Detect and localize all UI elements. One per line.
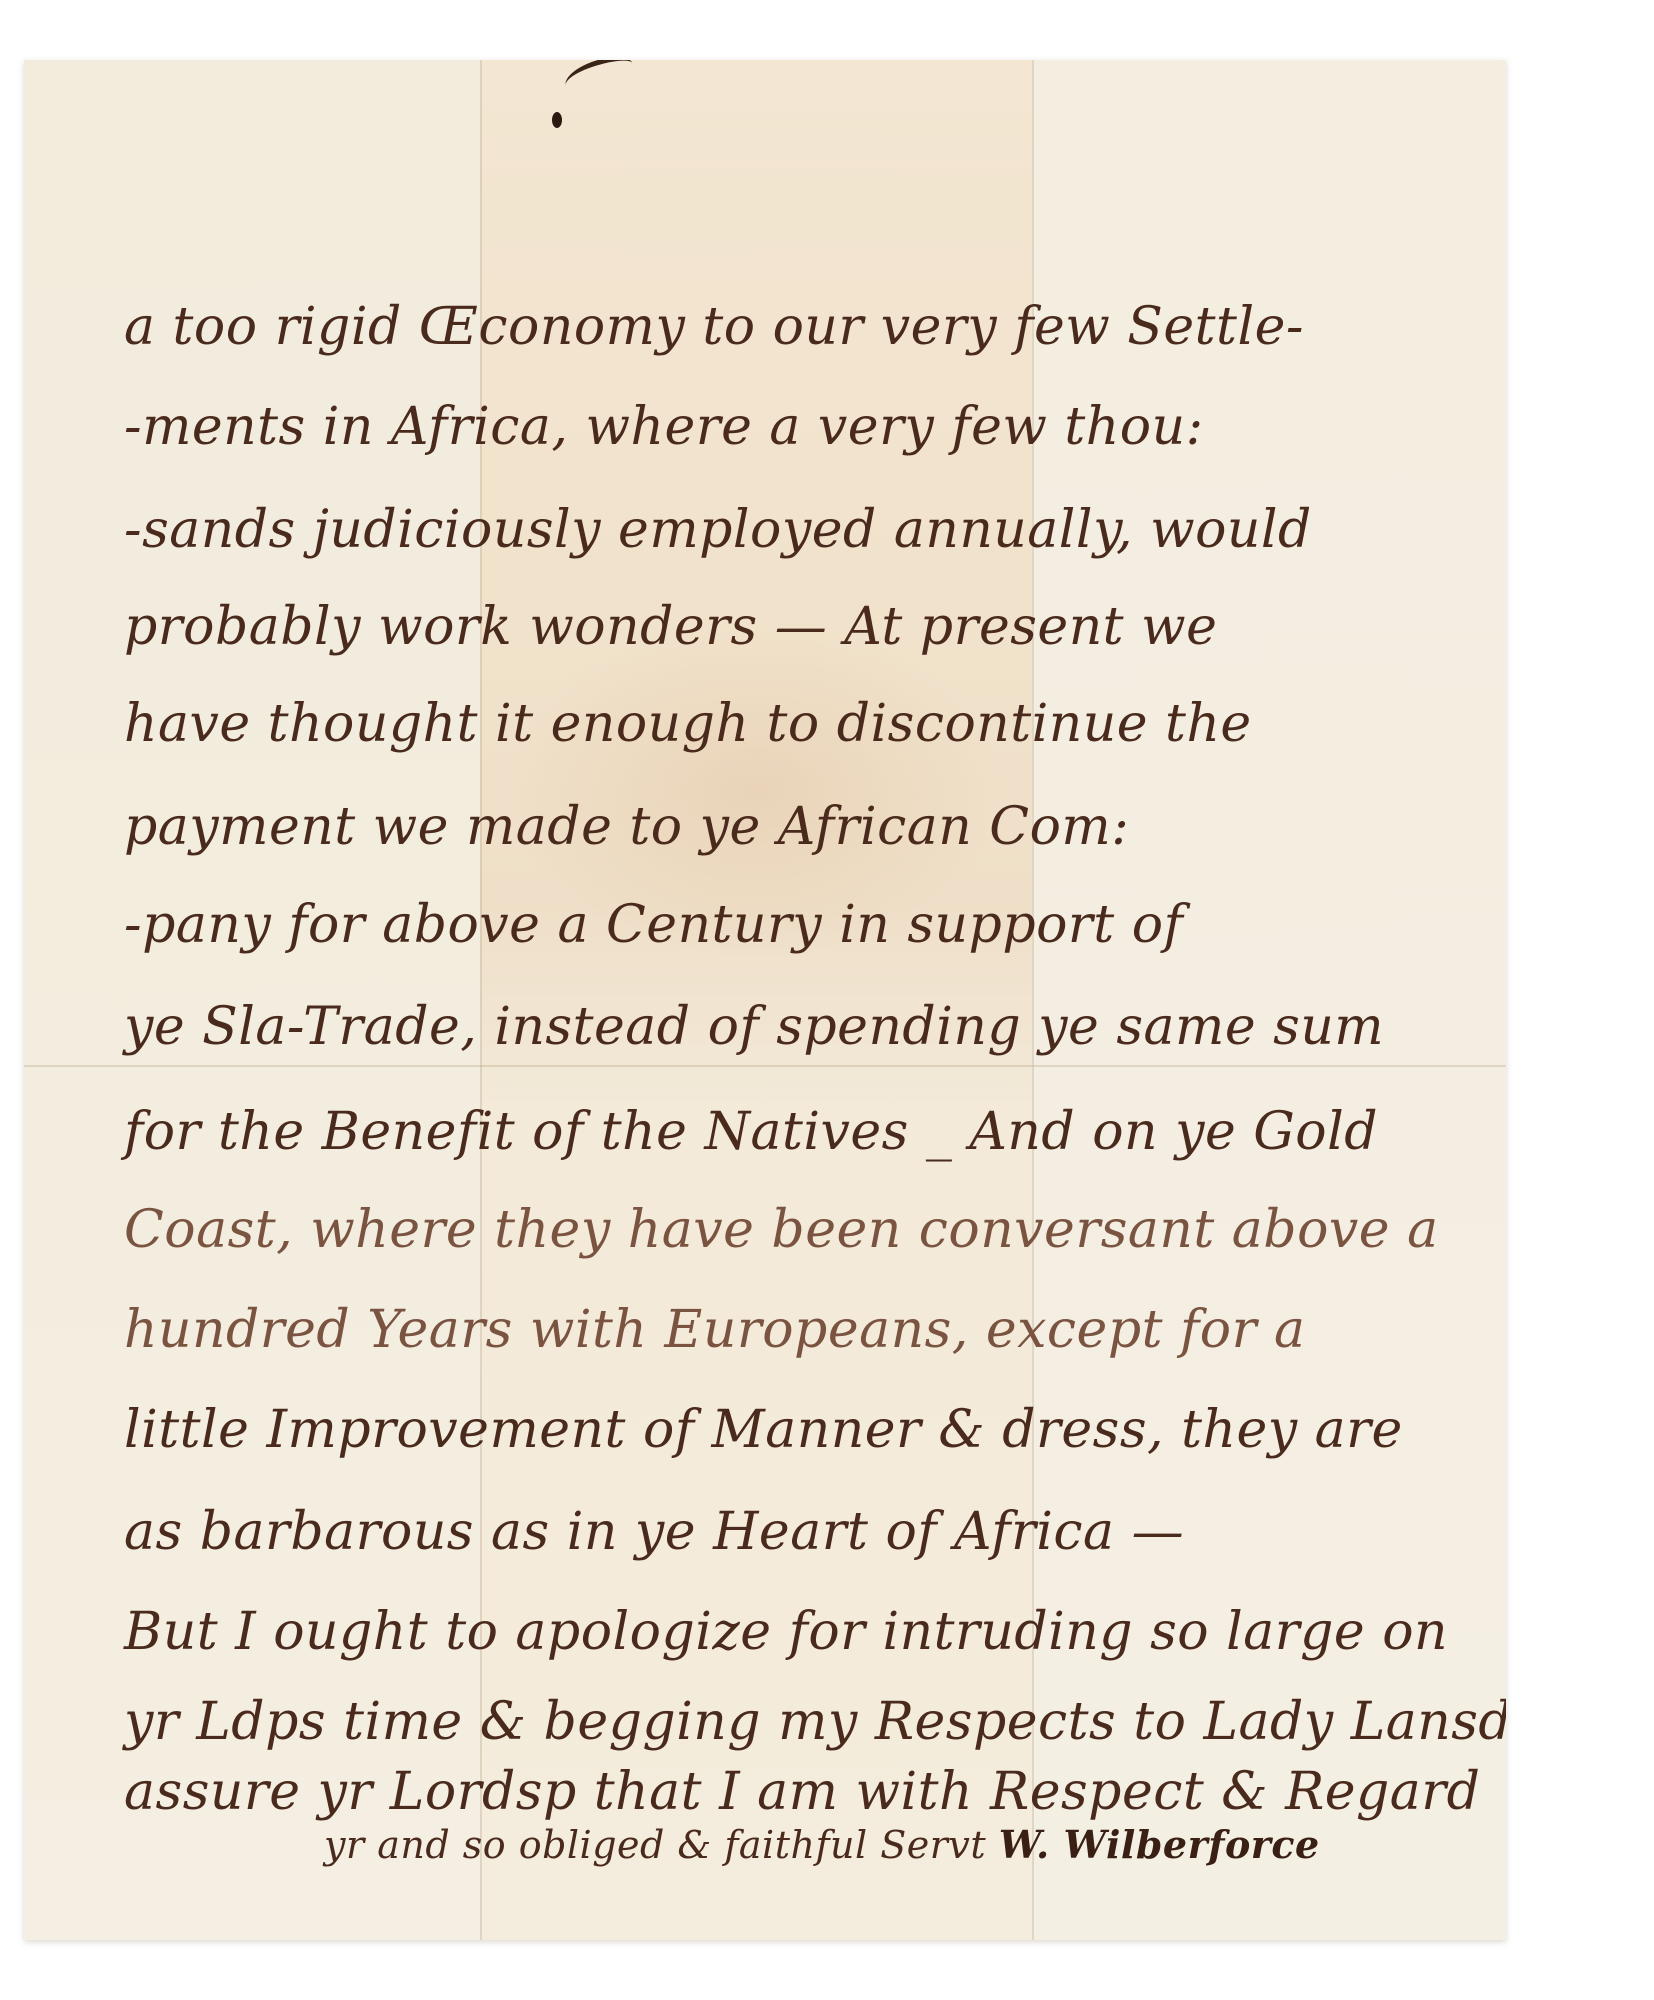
letter-line: have thought it enough to discontinue th… [124,692,1484,756]
letter-line: payment we made to ye African Com: [124,795,1484,859]
letter-line: But I ought to apologize for intruding s… [124,1600,1484,1664]
letter-line: Coast, where they have been conversant a… [124,1198,1484,1262]
ink-dot-mark [552,112,562,128]
letter-line: a too rigid Œconomy to our very few Sett… [124,295,1484,359]
closing-text: yr and so obliged & faithful Servt [324,1823,986,1867]
letter-line: for the Benefit of the Natives _ And on … [124,1100,1484,1164]
letter-line: hundred Years with Europeans, except for… [124,1298,1484,1362]
closing-line: yr and so obliged & faithful Servt W. Wi… [324,1822,1484,1868]
letter-line: as barbarous as in ye Heart of Africa — [124,1500,1484,1564]
letter-line: ye Sla-Trade, instead of spending ye sam… [124,995,1484,1059]
letter-line: yr Ldps time & begging my Respects to La… [124,1690,1484,1754]
letter-line: probably work wonders — At present we [124,595,1484,659]
signature: W. Wilberforce [999,1822,1320,1867]
letter-line: little Improvement of Manner & dress, th… [124,1398,1484,1462]
letter-line: -ments in Africa, where a very few thou: [124,395,1484,459]
horizontal-fold-line [24,1065,1506,1067]
letter-line: assure yr Lordsp that I am with Respect … [124,1760,1484,1824]
letter-sheet: a too rigid Œconomy to our very few Sett… [24,60,1506,1940]
letter-line: -sands judiciously employed annually, wo… [124,498,1484,562]
letter-line: -pany for above a Century in support of [124,893,1484,957]
